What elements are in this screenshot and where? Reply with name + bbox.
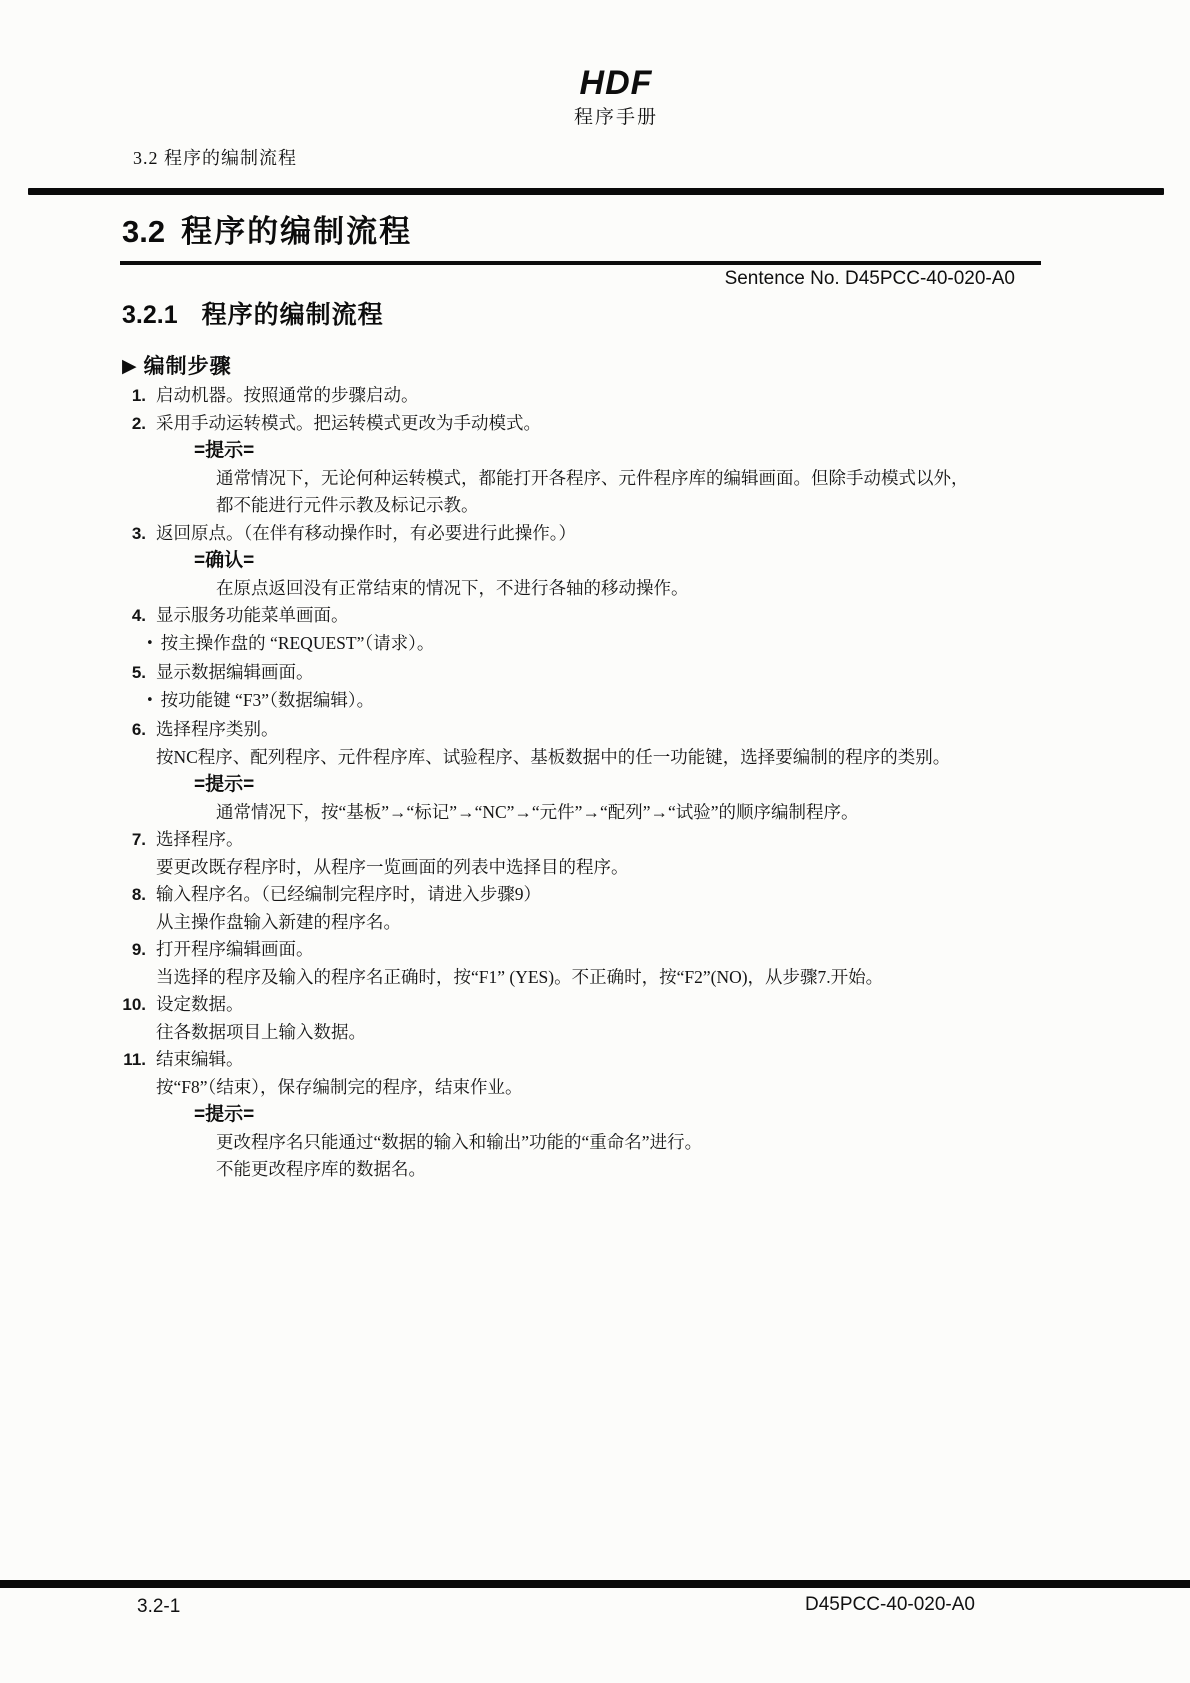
step-number: 11. bbox=[112, 1046, 146, 1074]
step-text: 采用手动运转模式。把运转模式更改为手动模式。 bbox=[156, 413, 541, 433]
step-number: 1. bbox=[112, 382, 146, 410]
sentence-number: Sentence No. D45PCC-40-020-A0 bbox=[0, 268, 1015, 290]
document-number: D45PCC-40-020-A0 bbox=[0, 1594, 975, 1616]
step-item: 6.选择程序类别。 bbox=[0, 716, 1190, 744]
step-number: 4. bbox=[112, 602, 146, 630]
note-header: =提示= bbox=[0, 1101, 1190, 1129]
note-line: 不能更改程序库的数据名。 bbox=[0, 1156, 1190, 1184]
note-line: 更改程序名只能通过“数据的输入和输出”功能的“重命名”进行。 bbox=[0, 1129, 1190, 1157]
step-number: 5. bbox=[112, 659, 146, 687]
note-line: 在原点返回没有正常结束的情况下，不进行各轴的移动操作。 bbox=[0, 575, 1190, 603]
note-line: 通常情况下，按“基板”→“标记”→“NC”→“元件”→“配列”→“试验”的顺序编… bbox=[0, 799, 1190, 827]
note-line: 通常情况下，无论何种运转模式，都能打开各程序、元件程序库的编辑画面。但除手动模式… bbox=[0, 465, 1190, 493]
bullet-item: •按功能键 “F3”（数据编辑）。 bbox=[0, 687, 1190, 717]
step-text: 选择程序。 bbox=[156, 829, 244, 849]
manual-page: HDF 程序手册 3.2 程序的编制流程 3.2程序的编制流程 Sentence… bbox=[0, 0, 1190, 1683]
note-header: =提示= bbox=[0, 437, 1190, 465]
subsection-title-text: 程序的编制流程 bbox=[202, 302, 384, 329]
step-item: 1.启动机器。按照通常的步骤启动。 bbox=[0, 382, 1190, 410]
step-number: 6. bbox=[112, 716, 146, 744]
bullet-text: 按功能键 “F3”（数据编辑）。 bbox=[161, 690, 374, 710]
step-number: 8. bbox=[112, 881, 146, 909]
section-title: 3.2程序的编制流程 bbox=[122, 206, 412, 251]
step-text: 显示数据编辑画面。 bbox=[156, 662, 314, 682]
step-text: 打开程序编辑画面。 bbox=[156, 939, 314, 959]
step-text: 设定数据。 bbox=[156, 994, 244, 1014]
step-item: 8.输入程序名。（已经编制完程序时，请进入步骤9） bbox=[0, 881, 1190, 909]
step-continuation: 按“F8”（结束），保存编制完的程序，结束作业。 bbox=[0, 1074, 1190, 1102]
step-text: 返回原点。（在伴有移动操作时，有必要进行此操作。） bbox=[156, 523, 576, 543]
step-item: 2.采用手动运转模式。把运转模式更改为手动模式。 bbox=[0, 410, 1190, 438]
section-rule bbox=[120, 261, 1041, 265]
step-text: 结束编辑。 bbox=[156, 1049, 244, 1069]
bullet-icon: • bbox=[146, 693, 154, 708]
step-continuation: 从主操作盘输入新建的程序名。 bbox=[0, 909, 1190, 937]
step-text: 输入程序名。（已经编制完程序时，请进入步骤9） bbox=[156, 884, 541, 904]
section-title-text: 程序的编制流程 bbox=[181, 214, 412, 249]
steps-list: 1.启动机器。按照通常的步骤启动。2.采用手动运转模式。把运转模式更改为手动模式… bbox=[0, 382, 1190, 1184]
footer-rule bbox=[0, 1580, 1190, 1588]
steps-section-header: ▶编制步骤 bbox=[122, 350, 232, 380]
steps-section-header-label: 编制步骤 bbox=[144, 354, 232, 378]
bullet-text: 按主操作盘的 “REQUEST”（请求）。 bbox=[161, 633, 435, 653]
step-continuation: 往各数据项目上输入数据。 bbox=[0, 1019, 1190, 1047]
subsection-number: 3.2.1 bbox=[122, 301, 178, 329]
header-rule bbox=[28, 188, 1164, 195]
running-header: 3.2 程序的编制流程 bbox=[133, 144, 297, 170]
brand-logo: HDF bbox=[0, 64, 1190, 103]
step-number: 10. bbox=[112, 991, 146, 1019]
step-text: 启动机器。按照通常的步骤启动。 bbox=[156, 385, 419, 405]
step-continuation: 当选择的程序及输入的程序名正确时，按“F1” (YES)。不正确时，按“F2”(… bbox=[0, 964, 1190, 992]
step-number: 7. bbox=[112, 826, 146, 854]
step-item: 7.选择程序。 bbox=[0, 826, 1190, 854]
step-text: 选择程序类别。 bbox=[156, 719, 279, 739]
note-header: =确认= bbox=[0, 547, 1190, 575]
step-item: 4.显示服务功能菜单画面。 bbox=[0, 602, 1190, 630]
step-number: 3. bbox=[112, 520, 146, 548]
subsection-title: 3.2.1程序的编制流程 bbox=[122, 295, 384, 331]
arrow-right-icon: ▶ bbox=[122, 355, 138, 377]
step-item: 9.打开程序编辑画面。 bbox=[0, 936, 1190, 964]
step-item: 3.返回原点。（在伴有移动操作时，有必要进行此操作。） bbox=[0, 520, 1190, 548]
step-continuation: 要更改既存程序时，从程序一览画面的列表中选择目的程序。 bbox=[0, 854, 1190, 882]
manual-subtitle: 程序手册 bbox=[0, 102, 1190, 129]
section-number: 3.2 bbox=[122, 214, 165, 249]
step-continuation: 按NC程序、配列程序、元件程序库、试验程序、基板数据中的任一功能键，选择要编制的… bbox=[0, 744, 1190, 772]
step-item: 11.结束编辑。 bbox=[0, 1046, 1190, 1074]
note-line: 都不能进行元件示教及标记示教。 bbox=[0, 492, 1190, 520]
bullet-item: •按主操作盘的 “REQUEST”（请求）。 bbox=[0, 630, 1190, 660]
note-header: =提示= bbox=[0, 771, 1190, 799]
bullet-icon: • bbox=[146, 636, 154, 651]
step-number: 2. bbox=[112, 410, 146, 438]
step-item: 5.显示数据编辑画面。 bbox=[0, 659, 1190, 687]
step-text: 显示服务功能菜单画面。 bbox=[156, 605, 349, 625]
step-number: 9. bbox=[112, 936, 146, 964]
step-item: 10.设定数据。 bbox=[0, 991, 1190, 1019]
